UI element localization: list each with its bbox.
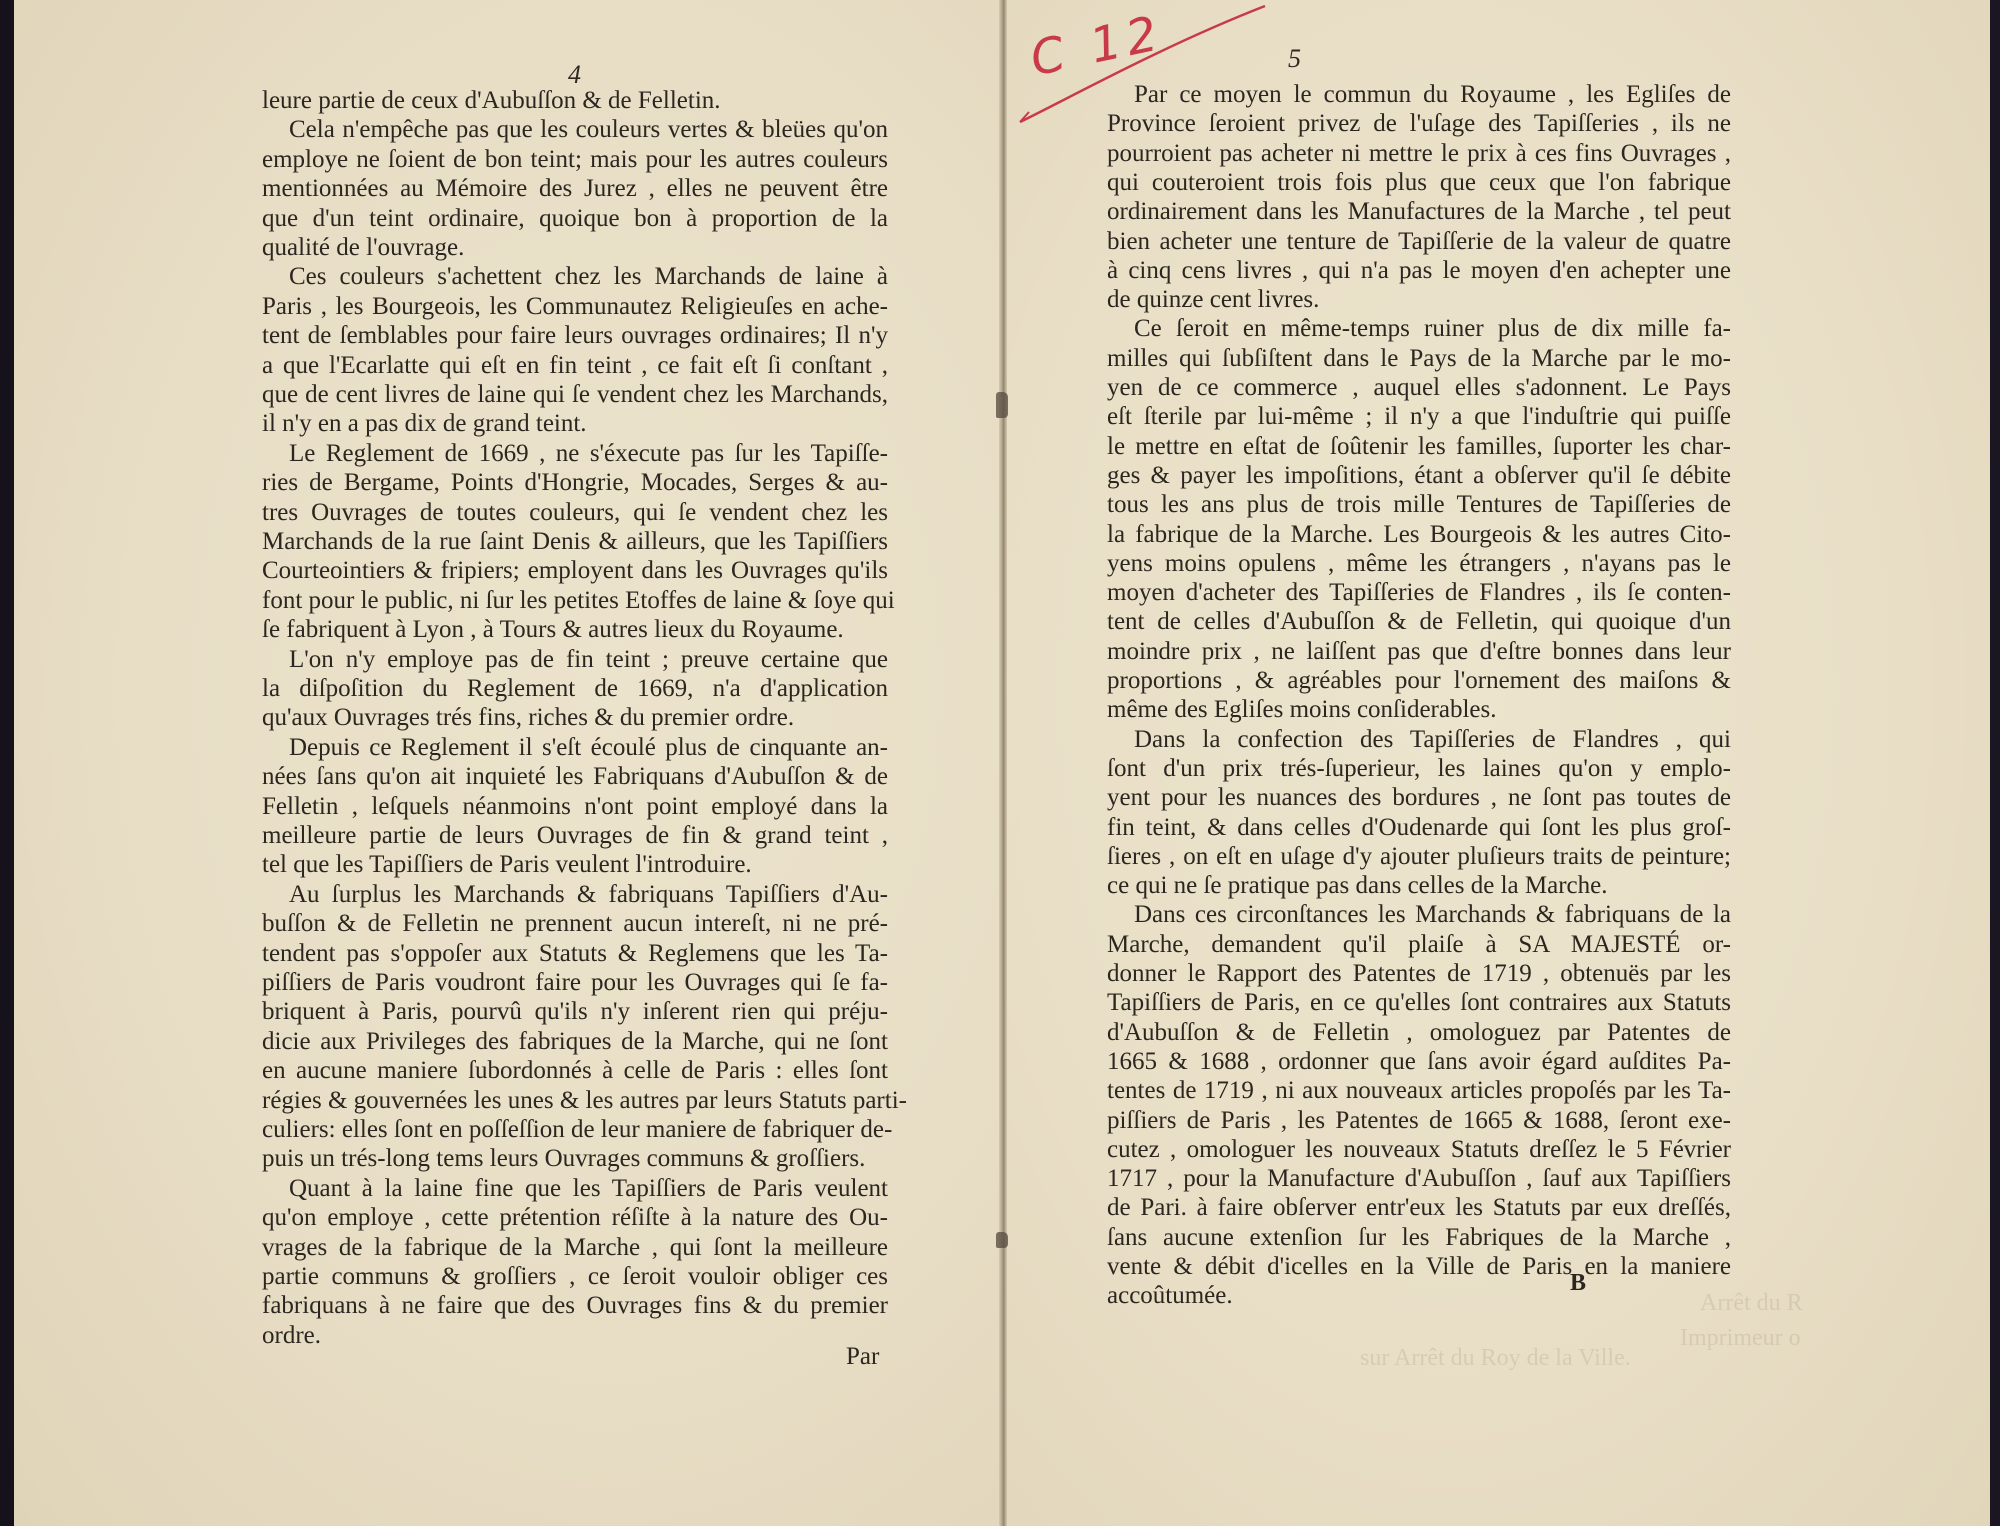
text-line: Ces couleurs s'achettent chez les Marcha… xyxy=(262,262,888,291)
text-line: Cela n'empêche pas que les couleurs vert… xyxy=(262,115,888,144)
text-line: L'on n'y employe pas de fin teint ; preu… xyxy=(262,645,888,674)
show-through-text: sur Arrêt du Roy de la Ville. xyxy=(1360,1345,1631,1372)
text-line: la fabrique de la Marche. Les Bourgeois … xyxy=(1107,520,1731,549)
text-line: tous les ans plus de trois mille Tenture… xyxy=(1107,490,1731,519)
scan-edge-right xyxy=(1990,0,2000,1526)
text-line: tent de ſemblables pour faire leurs ouvr… xyxy=(262,321,888,350)
text-line: vente & débit d'icelles en la Ville de P… xyxy=(1107,1252,1731,1281)
text-line: moyen d'acheter des Tapiſſeries de Fland… xyxy=(1107,578,1731,607)
text-line: nées ſans qu'on ait inquieté les Fabriqu… xyxy=(262,762,888,791)
text-line: briquent à Paris, pourvû qu'ils n'y inſe… xyxy=(262,997,888,1026)
text-line: puis un trés-long tems leurs Ouvrages co… xyxy=(262,1144,888,1173)
text-line: Tapiſſiers de Paris, en ce qu'elles ſont… xyxy=(1107,988,1731,1017)
text-line: Dans la confection des Tapiſſeries de Fl… xyxy=(1107,725,1731,754)
text-line: ſieres , on eſt en uſage d'y ajouter plu… xyxy=(1107,842,1731,871)
text-line: Province ſeroient privez de l'uſage des … xyxy=(1107,109,1731,138)
text-line: il n'y en a pas dix de grand teint. xyxy=(262,409,888,438)
text-line: ordre. xyxy=(262,1321,888,1350)
text-line: pourroient pas acheter ni mettre le prix… xyxy=(1107,139,1731,168)
text-line: mentionnées au Mémoire des Jurez , elles… xyxy=(262,174,888,203)
text-line: ſont d'un prix trés-ſuperieur, les laine… xyxy=(1107,754,1731,783)
text-line: tent de celles d'Aubuſſon & de Felletin,… xyxy=(1107,607,1731,636)
scan-edge-left xyxy=(0,0,14,1526)
text-line: Le Reglement de 1669 , ne s'éxecute pas … xyxy=(262,439,888,468)
text-line: tres Ouvrages de toutes couleurs, qui ſe… xyxy=(262,498,888,527)
text-line: piſſiers de Paris , les Patentes de 1665… xyxy=(1107,1106,1731,1135)
text-line: vrages de la fabrique de la Marche , qui… xyxy=(262,1233,888,1262)
text-line: Marchands de la rue ſaint Denis & ailleu… xyxy=(262,527,888,556)
text-line: ce qui ne ſe pratique pas dans celles de… xyxy=(1107,871,1731,900)
text-line: qualité de l'ouvrage. xyxy=(262,233,888,262)
text-line: buſſon & de Felletin ne prennent aucun i… xyxy=(262,909,888,938)
text-line: 1717 , pour la Manufacture d'Aubuſſon , … xyxy=(1107,1164,1731,1193)
text-line: fin teint, & dans celles d'Oudenarde qui… xyxy=(1107,813,1731,842)
text-line: piſſiers de Paris voudront faire pour le… xyxy=(262,968,888,997)
text-line: régies & gouvernées les unes & les autre… xyxy=(262,1086,888,1115)
text-line: ſe fabriquent à Lyon , à Tours & autres … xyxy=(262,615,888,644)
text-line: culiers: elles ſont en poſſeſſion de leu… xyxy=(262,1115,888,1144)
text-line: Paris , les Bourgeois, les Communautez R… xyxy=(262,292,888,321)
text-line: employe ne ſoient de bon teint; mais pou… xyxy=(262,145,888,174)
page-number-right: 5 xyxy=(1288,44,1301,74)
text-line: Par ce moyen le commun du Royaume , les … xyxy=(1107,80,1731,109)
text-line: meilleure partie de leurs Ouvrages de fi… xyxy=(262,821,888,850)
gutter-stain xyxy=(996,1232,1008,1248)
text-line: Au ſurplus les Marchands & fabriquans Ta… xyxy=(262,880,888,909)
signature-mark: B xyxy=(1570,1270,1586,1297)
text-line: font pour le public, ni ſur les petites … xyxy=(262,586,888,615)
text-line: le mettre en eſtat de ſoûtenir les famil… xyxy=(1107,432,1731,461)
text-line: tendent pas s'oppoſer aux Statuts & Regl… xyxy=(262,939,888,968)
text-line: donner le Rapport des Patentes de 1719 ,… xyxy=(1107,959,1731,988)
text-line: Dans ces circonſtances les Marchands & f… xyxy=(1107,900,1731,929)
text-line: qu'on employe , cette prétention réſiſte… xyxy=(262,1203,888,1232)
text-line: cutez , omologuer les nouveaux Statuts d… xyxy=(1107,1135,1731,1164)
text-line: en aucune maniere ſubordonnés à celle de… xyxy=(262,1056,888,1085)
text-line: Marche, demandent qu'il plaiſe à SA MAJE… xyxy=(1107,930,1731,959)
text-line: yent pour les nuances des bordures , ne … xyxy=(1107,783,1731,812)
text-line: même des Egliſes moins conſiderables. xyxy=(1107,695,1731,724)
text-line: Courteointiers & fripiers; employent dan… xyxy=(262,556,888,585)
text-line: Depuis ce Reglement il s'eſt écoulé plus… xyxy=(262,733,888,762)
text-line: moindre prix , ne laiſſent pas que d'eſt… xyxy=(1107,637,1731,666)
text-line: 1665 & 1688 , ordonner que ſans avoir ég… xyxy=(1107,1047,1731,1076)
text-line: a que l'Ecarlatte qui eſt en fin teint ,… xyxy=(262,351,888,380)
text-line: Quant à la laine fine que les Tapiſſiers… xyxy=(262,1174,888,1203)
text-line: bien acheter une tenture de Tapiſſerie d… xyxy=(1107,227,1731,256)
text-line: ries de Bergame, Points d'Hongrie, Mocad… xyxy=(262,468,888,497)
text-line: partie communs & groſſiers , ce ſeroit v… xyxy=(262,1262,888,1291)
text-line: leure partie de ceux d'Aubuſſon & de Fel… xyxy=(262,86,888,115)
text-line: à cinq cens livres , qui n'a pas le moye… xyxy=(1107,256,1731,285)
catchword: Par xyxy=(846,1343,879,1371)
text-line: que de cent livres de laine qui ſe vende… xyxy=(262,380,888,409)
text-line: Ce ſeroit en même-temps ruiner plus de d… xyxy=(1107,314,1731,343)
text-line: de Pari. à faire obſerver entr'eux les S… xyxy=(1107,1193,1731,1222)
text-line: ges & payer les impoſitions, étant a obſ… xyxy=(1107,461,1731,490)
text-line: ordinairement dans les Manufactures de l… xyxy=(1107,197,1731,226)
text-line: que d'un teint ordinaire, quoique bon à … xyxy=(262,204,888,233)
text-line: dicie aux Privileges des fabriques de la… xyxy=(262,1027,888,1056)
text-line: qu'aux Ouvrages trés fins, riches & du p… xyxy=(262,703,888,732)
text-line: fabriquans à ne faire que des Ouvrages f… xyxy=(262,1291,888,1320)
text-line: proportions , & agréables pour l'ornemen… xyxy=(1107,666,1731,695)
text-line: yens moins opulens , même les étrangers … xyxy=(1107,549,1731,578)
text-line: eſt ſterile par lui-même ; il n'y a que … xyxy=(1107,402,1731,431)
text-line: accoûtumée. xyxy=(1107,1281,1731,1310)
text-line: yen de ce commerce , auquel elles s'adon… xyxy=(1107,373,1731,402)
text-line: Felletin , leſquels néanmoins n'ont poin… xyxy=(262,792,888,821)
text-line: tentes de 1719 , ni aux nouveaux article… xyxy=(1107,1076,1731,1105)
text-line: d'Aubuſſon & de Felletin , omologuez par… xyxy=(1107,1018,1731,1047)
show-through-text: Imprimeur o xyxy=(1680,1325,1801,1352)
text-line: ſans aucune extenſion ſur les Fabriques … xyxy=(1107,1223,1731,1252)
book-gutter xyxy=(999,0,1007,1526)
text-line: la diſpoſition du Reglement de 1669, n'a… xyxy=(262,674,888,703)
text-line: tel que les Tapiſſiers de Paris veulent … xyxy=(262,850,888,879)
text-line: de quinze cent livres. xyxy=(1107,285,1731,314)
text-line: qui couteroient trois fois plus que ceux… xyxy=(1107,168,1731,197)
gutter-stain xyxy=(996,392,1008,418)
text-line: milles qui ſubſiſtent dans le Pays de la… xyxy=(1107,344,1731,373)
